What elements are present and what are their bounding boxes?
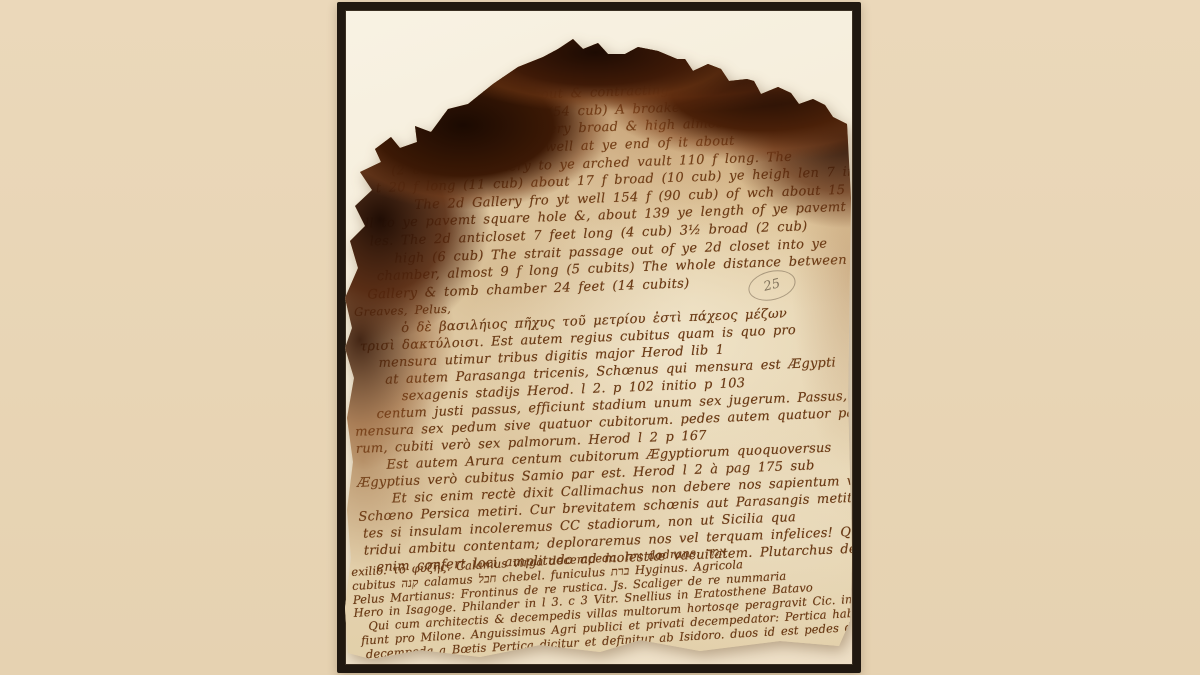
cubit-notes-block: ὁ δὲ βασιλήιος πῆχυς τοῦ μετρίου ἐστὶ πά… [351, 303, 853, 577]
photograph-backdrop: onem Templi primi ad & high 3463 f = 2 C… [345, 10, 853, 665]
manuscript-line: onem Templi primi [547, 33, 851, 61]
paper-shadow: onem Templi primi ad & high 3463 f = 2 C… [345, 10, 853, 665]
manuscript-paper: onem Templi primi ad & high 3463 f = 2 C… [345, 10, 853, 665]
picture-frame: onem Templi primi ad & high 3463 f = 2 C… [337, 2, 861, 673]
page-background: onem Templi primi ad & high 3463 f = 2 C… [0, 0, 1200, 675]
